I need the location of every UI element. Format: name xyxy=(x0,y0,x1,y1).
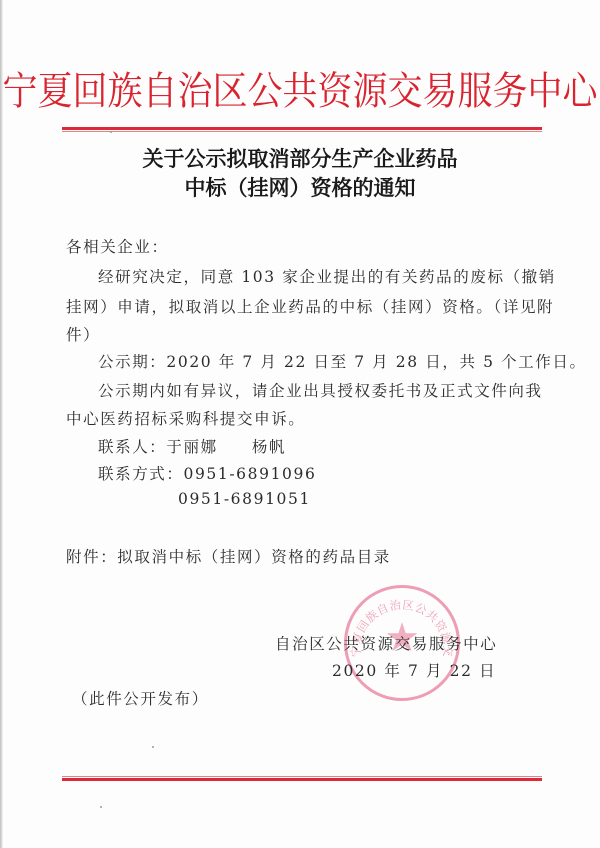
scan-speck xyxy=(110,131,112,133)
scan-edge-shadow xyxy=(0,0,3,848)
public-release-note: （此件公开发布） xyxy=(72,687,209,709)
objection-line-2: 中心医药招标采购科提交申诉。 xyxy=(66,407,305,429)
contact-persons: 联系人：于丽娜 杨帆 xyxy=(98,435,286,457)
publicity-period: 公示期：2020 年 7 月 22 日至 7 月 28 日，共 5 个工作日。 xyxy=(98,350,587,372)
paragraph-1-line-3: 件） xyxy=(66,323,100,345)
attachment-note: 附件：拟取消中标（挂网）资格的药品目录 xyxy=(66,545,391,567)
header-red-rule xyxy=(62,127,542,132)
contact-phone-1: 联系方式：0951-6891096 xyxy=(98,462,316,484)
paragraph-1-line-2: 挂网）申请，拟取消以上企业药品的中标（挂网）资格。（详见附 xyxy=(66,295,554,317)
issue-date: 2020 年 7 月 22 日 xyxy=(332,659,496,681)
document-page: 宁夏回族自治区公共资源交易服务中心 关于公示拟取消部分生产企业药品 中标（挂网）… xyxy=(0,0,600,848)
paragraph-1-line-1: 经研究决定，同意 103 家企业提出的有关药品的废标（撤销 xyxy=(98,265,556,287)
footer-red-rule xyxy=(62,776,542,781)
scan-speck xyxy=(152,746,154,748)
contact-phone-2: 0951-6891051 xyxy=(178,490,311,508)
salutation: 各相关企业： xyxy=(66,235,169,257)
objection-line-1: 公示期内如有异议，请企业出具授权委托书及正式文件向我 xyxy=(98,379,543,401)
issuer-name: 自治区公共资源交易服务中心 xyxy=(275,632,497,654)
organization-header: 宁夏回族自治区公共资源交易服务中心 xyxy=(0,67,600,116)
scan-speck xyxy=(100,806,102,808)
notice-title-line-1: 关于公示拟取消部分生产企业药品 xyxy=(0,143,600,173)
notice-title-line-2: 中标（挂网）资格的通知 xyxy=(0,172,600,202)
